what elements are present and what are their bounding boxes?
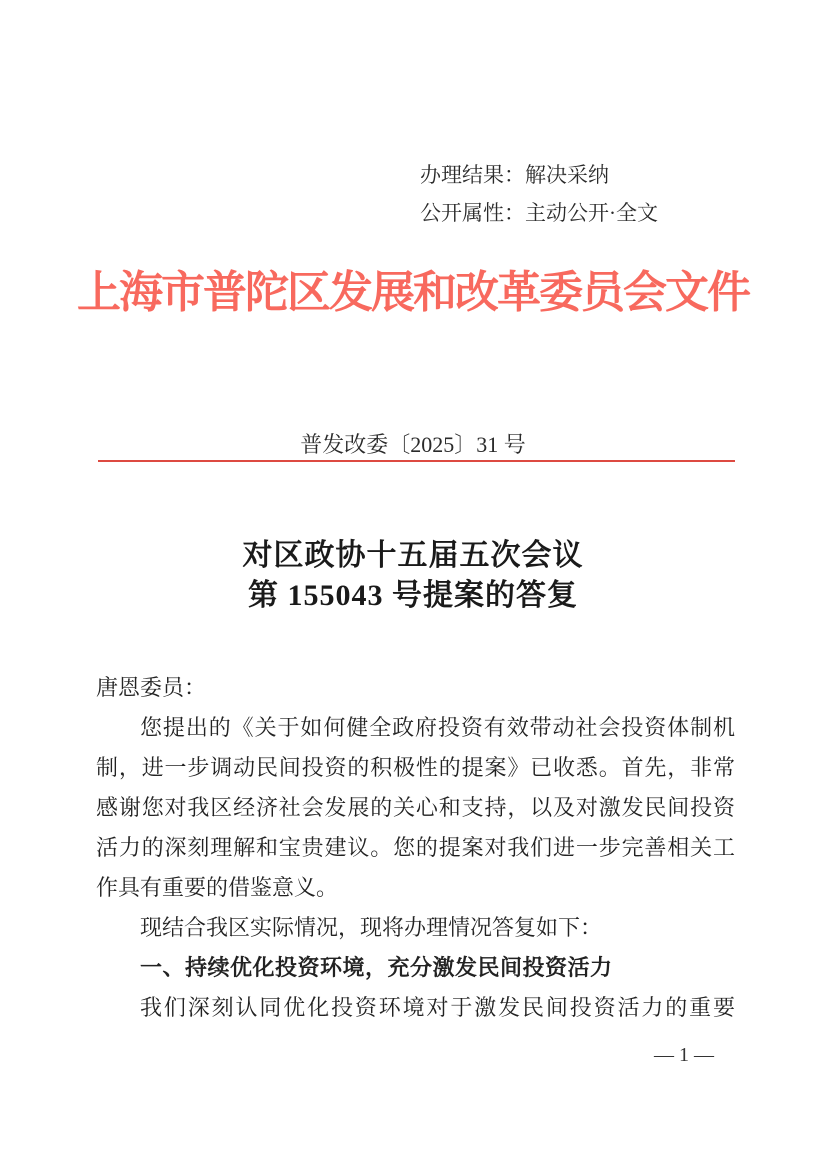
body-line: 您提出的《关于如何健全政府投资有效带动社会投资体制机 (96, 708, 735, 748)
page-number: — 1 — (604, 1044, 764, 1067)
section-heading: 一、持续优化投资环境，充分激发民间投资活力 (96, 948, 735, 988)
document-page: 办理结果：解决采纳 公开属性：主动公开·全文 上海市普陀区发展和改革委员会文件 … (0, 0, 826, 1169)
handling-result-line: 办理结果：解决采纳 (420, 156, 658, 194)
body-line: 制，进一步调动民间投资的积极性的提案》已收悉。首先，非常 (96, 748, 735, 788)
salutation: 唐恩委员： (96, 668, 735, 708)
body-line: 活力的深刻理解和宝贵建议。您的提案对我们进一步完善相关工 (96, 828, 735, 868)
meta-block: 办理结果：解决采纳 公开属性：主动公开·全文 (420, 156, 658, 232)
body-text: 唐恩委员： 您提出的《关于如何健全政府投资有效带动社会投资体制机 制，进一步调动… (96, 668, 735, 1028)
agency-title: 上海市普陀区发展和改革委员会文件 (0, 256, 826, 320)
body-line: 现结合我区实际情况，现将办理情况答复如下： (96, 908, 735, 948)
document-title-line1: 对区政协十五届五次会议 (243, 539, 584, 572)
body-line: 作具有重要的借鉴意义。 (96, 868, 735, 908)
document-title: 对区政协十五届五次会议 第 155043 号提案的答复 (0, 536, 826, 616)
document-number: 普发改委〔2025〕31 号 (0, 428, 826, 459)
document-title-line2: 第 155043 号提案的答复 (248, 579, 578, 612)
body-line: 感谢您对我区经济社会发展的关心和支持，以及对激发民间投资 (96, 788, 735, 828)
publicity-attribute-line: 公开属性：主动公开·全文 (420, 194, 658, 232)
red-divider-line (98, 460, 735, 462)
body-line: 我们深刻认同优化投资环境对于激发民间投资活力的重要 (96, 988, 735, 1028)
